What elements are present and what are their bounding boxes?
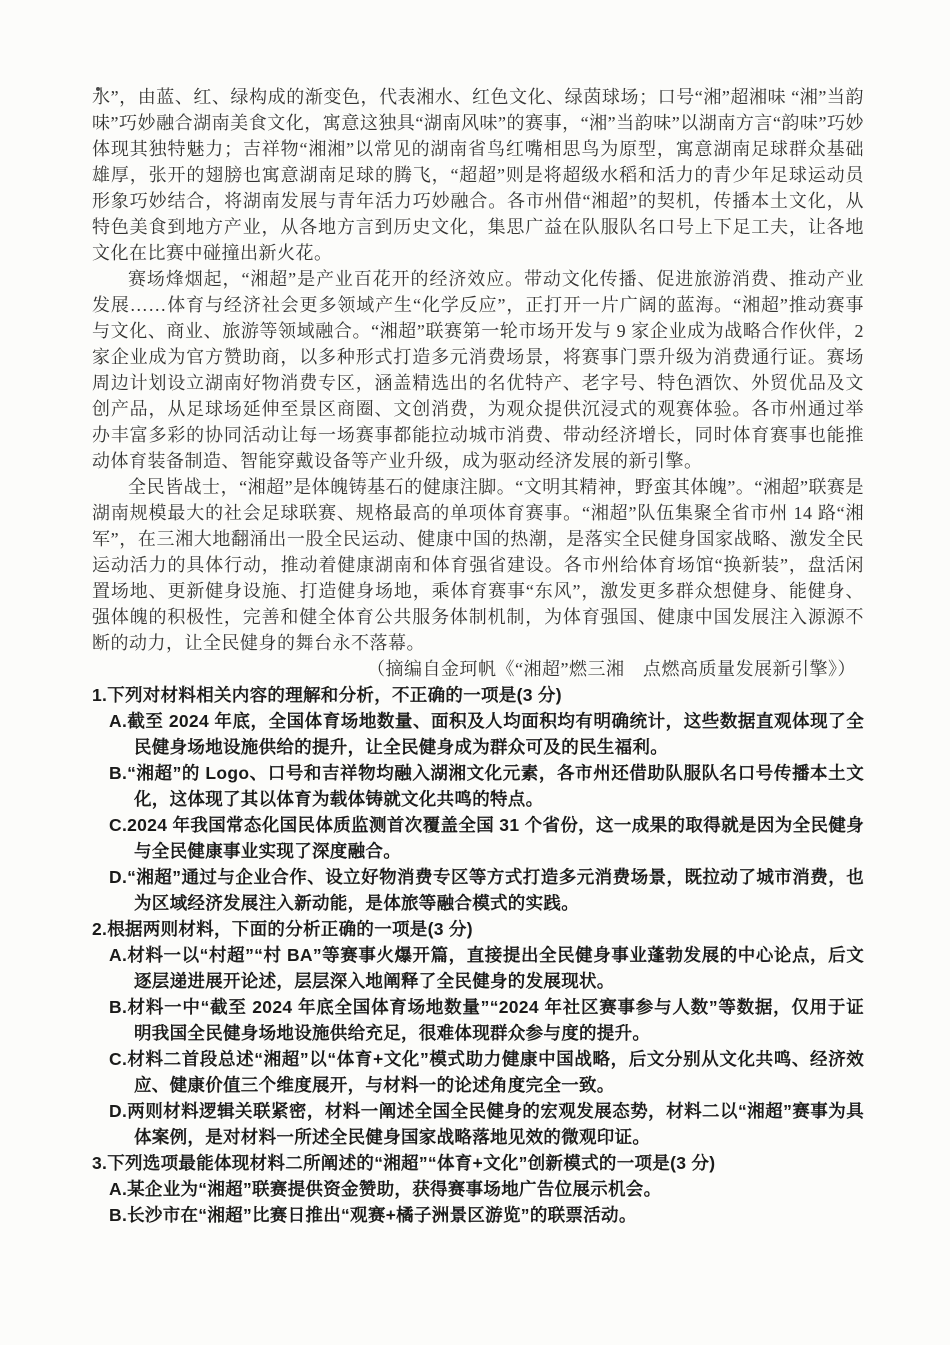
- question-1: 1.下列对材料相关内容的理解和分析，不正确的一项是(3 分) A.截至 2024…: [92, 682, 864, 916]
- question-1-option-c: C.2024 年我国常态化国民体质监测首次覆盖全国 31 个省份，这一成果的取得…: [92, 812, 864, 864]
- page-content: 水”，由蓝、红、绿构成的渐变色，代表湘水、红色文化、绿茵球场；口号“湘”超湘味 …: [92, 84, 864, 1228]
- question-2-option-b: B.材料一中“截至 2024 年底全国体育场地数量”“2024 年社区赛事参与人…: [92, 994, 864, 1046]
- question-3-stem: 3.下列选项最能体现材料二所阐述的“湘超”“体育+文化”创新模式的一项是(3 分…: [92, 1150, 864, 1176]
- question-3: 3.下列选项最能体现材料二所阐述的“湘超”“体育+文化”创新模式的一项是(3 分…: [92, 1150, 864, 1228]
- question-3-option-a: A.某企业为“湘超”联赛提供资金赞助，获得赛事场地广告位展示机会。: [92, 1176, 864, 1202]
- question-1-stem: 1.下列对材料相关内容的理解和分析，不正确的一项是(3 分): [92, 682, 864, 708]
- material-paragraph-continuation: 水”，由蓝、红、绿构成的渐变色，代表湘水、红色文化、绿茵球场；口号“湘”超湘味 …: [92, 84, 864, 266]
- reading-material: 水”，由蓝、红、绿构成的渐变色，代表湘水、红色文化、绿茵球场；口号“湘”超湘味 …: [92, 84, 864, 682]
- exam-page: 水”，由蓝、红、绿构成的渐变色，代表湘水、红色文化、绿茵球场；口号“湘”超湘味 …: [0, 0, 950, 1345]
- question-1-option-b: B.“湘超”的 Logo、口号和吉祥物均融入湖湘文化元素，各市州还借助队服队名口…: [92, 760, 864, 812]
- material-paragraph-health: 全民皆战士，“湘超”是体魄铸基石的健康注脚。“文明其精神，野蛮其体魄”。“湘超”…: [92, 474, 864, 656]
- question-1-option-d: D.“湘超”通过与企业合作、设立好物消费专区等方式打造多元消费场景，既拉动了城市…: [92, 864, 864, 916]
- questions-section: 1.下列对材料相关内容的理解和分析，不正确的一项是(3 分) A.截至 2024…: [92, 682, 864, 1228]
- question-2: 2.根据两则材料，下面的分析正确的一项是(3 分) A.材料一以“村超”“村 B…: [92, 916, 864, 1150]
- question-2-option-a: A.材料一以“村超”“村 BA”等赛事火爆开篇，直接提出全民健身事业蓬勃发展的中…: [92, 942, 864, 994]
- question-1-option-a: A.截至 2024 年底，全国体育场地数量、面积及人均面积均有明确统计，这些数据…: [92, 708, 864, 760]
- question-2-stem: 2.根据两则材料，下面的分析正确的一项是(3 分): [92, 916, 864, 942]
- question-2-option-d: D.两则材料逻辑关联紧密，材料一阐述全国全民健身的宏观发展态势，材料二以“湘超”…: [92, 1098, 864, 1150]
- material-paragraph-economy: 赛场烽烟起，“湘超”是产业百花开的经济效应。带动文化传播、促进旅游消费、推动产业…: [92, 266, 864, 474]
- question-2-option-c: C.材料二首段总述“湘超”以“体育+文化”模式助力健康中国战略，后文分别从文化共…: [92, 1046, 864, 1098]
- material-citation: （摘编自金珂帆《“湘超”燃三湘 点燃高质量发展新引擎》）: [92, 656, 864, 682]
- question-3-option-b: B.长沙市在“湘超”比赛日推出“观赛+橘子洲景区游览”的联票活动。: [92, 1202, 864, 1228]
